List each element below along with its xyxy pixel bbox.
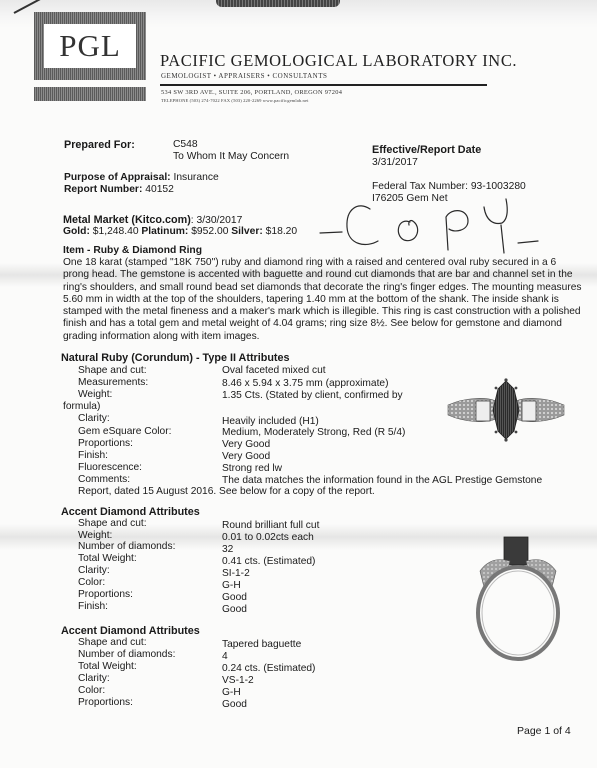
scan-artifact [216,0,340,7]
lab-name: PACIFIC GEMOLOGICAL LABORATORY INC. [160,51,517,71]
pgl-logo: PGL [34,12,146,80]
baguette-attr-label: Number of diamonds: [78,649,175,661]
recipient: To Whom It May Concern [173,151,289,163]
purpose-value: Insurance [171,172,219,183]
item-description: One 18 karat (stamped "18K 750") ruby an… [63,257,595,343]
report-number-label: Report Number: [64,184,142,195]
accent-attr-value: 32 [222,544,233,556]
accent-round-title: Accent Diamond Attributes [61,506,200,518]
effective-date-label: Effective/Report Date [372,144,481,156]
ruby-attr-label: Shape and cut: [78,365,147,377]
description-line: prong head. The gemstone is accented wit… [63,269,595,281]
prepared-for-label: Prepared For: [64,139,135,151]
ruby-section-title: Natural Ruby (Corundum) - Type II Attrib… [61,352,290,364]
accent-attr-label: Clarity: [78,565,110,577]
handwritten-copy-mark: -COPY- [318,195,568,255]
ruby-attr-value: 1.35 Cts. (Stated by client, confirmed b… [222,390,403,402]
letterhead-rule [160,84,487,86]
ruby-attr-value: Strong red lw [222,463,282,475]
baguette-attr-value: VS-1-2 [222,675,254,687]
baguette-attr-label: Clarity: [78,673,110,685]
effective-date-value: 3/31/2017 [372,157,418,169]
ring-side-view-image [462,535,574,675]
platinum-price: $952.00 [188,226,231,237]
accent-attr-label: Total Weight: [78,553,137,565]
baguette-attr-value: G-H [222,687,241,699]
accent-attr-value: SI-1-2 [222,568,250,580]
purpose-label: Purpose of Appraisal: [64,172,171,183]
ruby-attr-label: Measurements: [78,377,148,389]
logo-bar [34,87,146,101]
page-number: Page 1 of 4 [517,725,571,737]
ruby-attr-label: Fluorescence: [78,462,142,474]
ruby-attr-label: Comments: [78,474,130,486]
accent-attr-label: Shape and cut: [78,518,147,530]
metal-prices: Gold: $1,248.40 Platinum: $952.00 Silver… [63,226,297,238]
lab-address: 534 SW 3RD AVE., SUITE 206, PORTLAND, OR… [161,89,342,96]
gold-price: $1,248.40 [90,226,142,237]
logo-text: PGL [44,24,136,68]
baguette-attr-label: Shape and cut: [78,637,147,649]
baguette-attr-value: Tapered baguette [222,639,301,651]
accent-attr-value: Round brilliant full cut [222,520,319,532]
lab-contact: TELEPHONE (503) 274-7022 FAX (503) 220-2… [161,98,308,103]
baguette-attr-value: 4 [222,651,228,663]
client-id: C548 [173,139,198,151]
ruby-attr-value: Medium, Moderately Strong, Red (R 5/4) [222,427,405,439]
accent-attr-value: G-H [222,580,241,592]
ruby-attr-value: Very Good [222,451,270,463]
report-number-value: 40152 [142,184,174,195]
accent-attr-label: Number of diamonds: [78,541,175,553]
gold-label: Gold: [63,226,90,237]
accent-baguette-title: Accent Diamond Attributes [61,625,200,637]
ruby-attr-label: Finish: [78,450,108,462]
baguette-attr-label: Total Weight: [78,661,137,673]
ruby-comment-continuation: Report, dated 15 August 2016. See below … [78,486,375,498]
ruby-attr-value: Very Good [222,439,270,451]
description-line: grading information along with item imag… [63,331,595,343]
baguette-attr-label: Color: [78,685,105,697]
accent-attr-value: 0.41 cts. (Estimated) [222,556,315,568]
ruby-attr-label: Gem eSquare Color: [78,426,171,438]
description-line: finish and has a total gem and metal wei… [63,318,595,330]
ruby-attr-label: formula) [63,401,100,413]
accent-attr-label: Color: [78,577,105,589]
ruby-attr-value: 8.46 x 5.94 x 3.75 mm (approximate) [222,378,388,390]
baguette-attr-value: Good [222,699,247,711]
accent-attr-value: Good [222,604,247,616]
description-line: stamped with the metal fineness and a ma… [63,306,595,318]
report-number-row: Report Number: 40152 [64,184,174,196]
ruby-attr-label: Proportions: [78,438,133,450]
purpose-row: Purpose of Appraisal: Insurance [64,172,219,184]
ruby-attr-value: Oval faceted mixed cut [222,365,326,377]
federal-tax: Federal Tax Number: 93-1003280 [372,181,526,193]
accent-attr-value: 0.01 to 0.02cts each [222,532,314,544]
metal-market-label: Metal Market (Kitco.com) [63,214,191,226]
accent-attr-label: Finish: [78,601,108,613]
baguette-attr-value: 0.24 cts. (Estimated) [222,663,315,675]
lab-tagline: GEMOLOGIST • APPRAISERS • CONSULTANTS [161,72,327,80]
platinum-label: Platinum: [141,226,188,237]
silver-price: $18.20 [263,226,297,237]
item-title: Item - Ruby & Diamond Ring [63,245,202,257]
ruby-attr-label: Weight: [78,389,112,401]
silver-label: Silver: [231,226,262,237]
accent-attr-value: Good [222,592,247,604]
metal-market-date: : 3/30/2017 [191,215,243,226]
ring-top-view-image [446,375,566,445]
description-line: 5.60 mm in width at the top of the shoul… [63,294,595,306]
description-line: ring's shoulders, and small round bead s… [63,282,595,294]
ruby-attr-label: Clarity: [78,413,110,425]
baguette-attr-label: Proportions: [78,697,133,709]
accent-attr-label: Proportions: [78,589,133,601]
description-line: One 18 karat (stamped "18K 750") ruby an… [63,257,595,269]
